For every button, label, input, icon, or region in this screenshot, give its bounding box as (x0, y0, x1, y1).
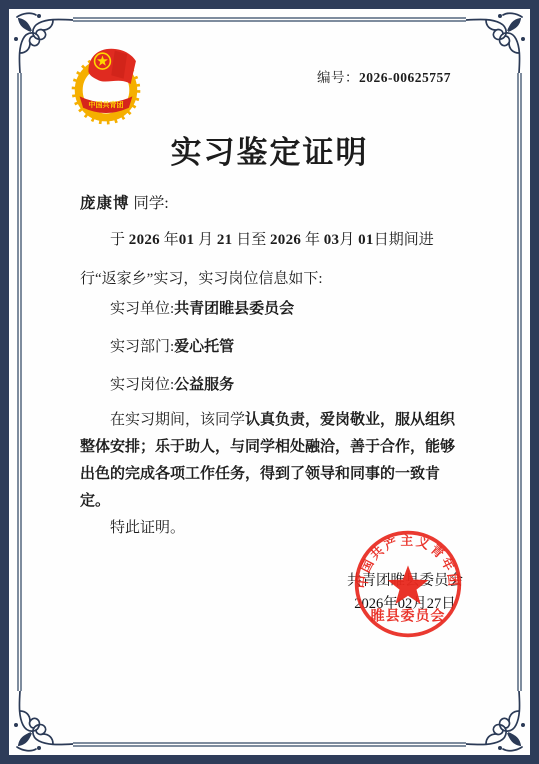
evaluation-paragraph: 在实习期间，该同学认真负责，爱岗敬业，服从组织整体安排；乐于助人，与同学相处融洽… (80, 407, 463, 515)
field-department: 实习部门:爱心托管 (80, 335, 234, 356)
greeting-line: 庞康博 同学: (80, 191, 169, 213)
start-day: 21 (217, 232, 233, 248)
corner-flourish-bottom-left (9, 691, 73, 755)
end-day: 01 (358, 232, 374, 248)
stamp-bottom-text: 睢县委员会 (371, 607, 446, 624)
field-unit-value: 共青团睢县委员会 (174, 301, 294, 317)
end-year: 2026 (270, 232, 301, 248)
certificate-page: 中国共青团 编号：2026-00625757 实习鉴定证明 庞康博 同学: 于 … (0, 0, 539, 764)
start-month: 01 (179, 232, 195, 248)
end-month: 03 (324, 232, 340, 248)
certificate-title: 实习鉴定证明 (0, 127, 539, 172)
field-position-label: 实习岗位: (110, 377, 174, 393)
field-unit-label: 实习单位: (110, 301, 174, 317)
field-position-value: 公益服务 (174, 377, 234, 393)
official-stamp: 中国共产主义青年团 睢县委员会 (352, 528, 464, 640)
serial-label: 编号： (317, 70, 359, 85)
field-department-label: 实习部门: (110, 339, 174, 355)
serial-number: 编号：2026-00625757 (317, 66, 451, 86)
emblem-banner-text: 中国共青团 (88, 100, 123, 109)
field-department-value: 爱心托管 (174, 339, 234, 355)
youth-league-emblem-icon: 中国共青团 (62, 40, 150, 128)
intro-paragraph: 于 2026 年01 月 21 日至 2026 年 03月 01日期间进行“返家… (80, 221, 461, 299)
corner-flourish-top-right (466, 9, 530, 73)
emblem-flag (88, 49, 136, 84)
corner-flourish-bottom-right (466, 691, 530, 755)
start-year: 2026 (129, 232, 160, 248)
evaluation-block: 在实习期间，该同学认真负责，爱岗敬业，服从组织整体安排；乐于助人，与同学相处融洽… (80, 407, 463, 542)
stamp-star-icon (388, 565, 429, 604)
serial-value: 2026-00625757 (359, 70, 451, 85)
field-position: 实习岗位:公益服务 (80, 373, 234, 394)
student-name: 庞康博 (80, 195, 130, 212)
field-unit: 实习单位:共青团睢县委员会 (80, 297, 294, 318)
